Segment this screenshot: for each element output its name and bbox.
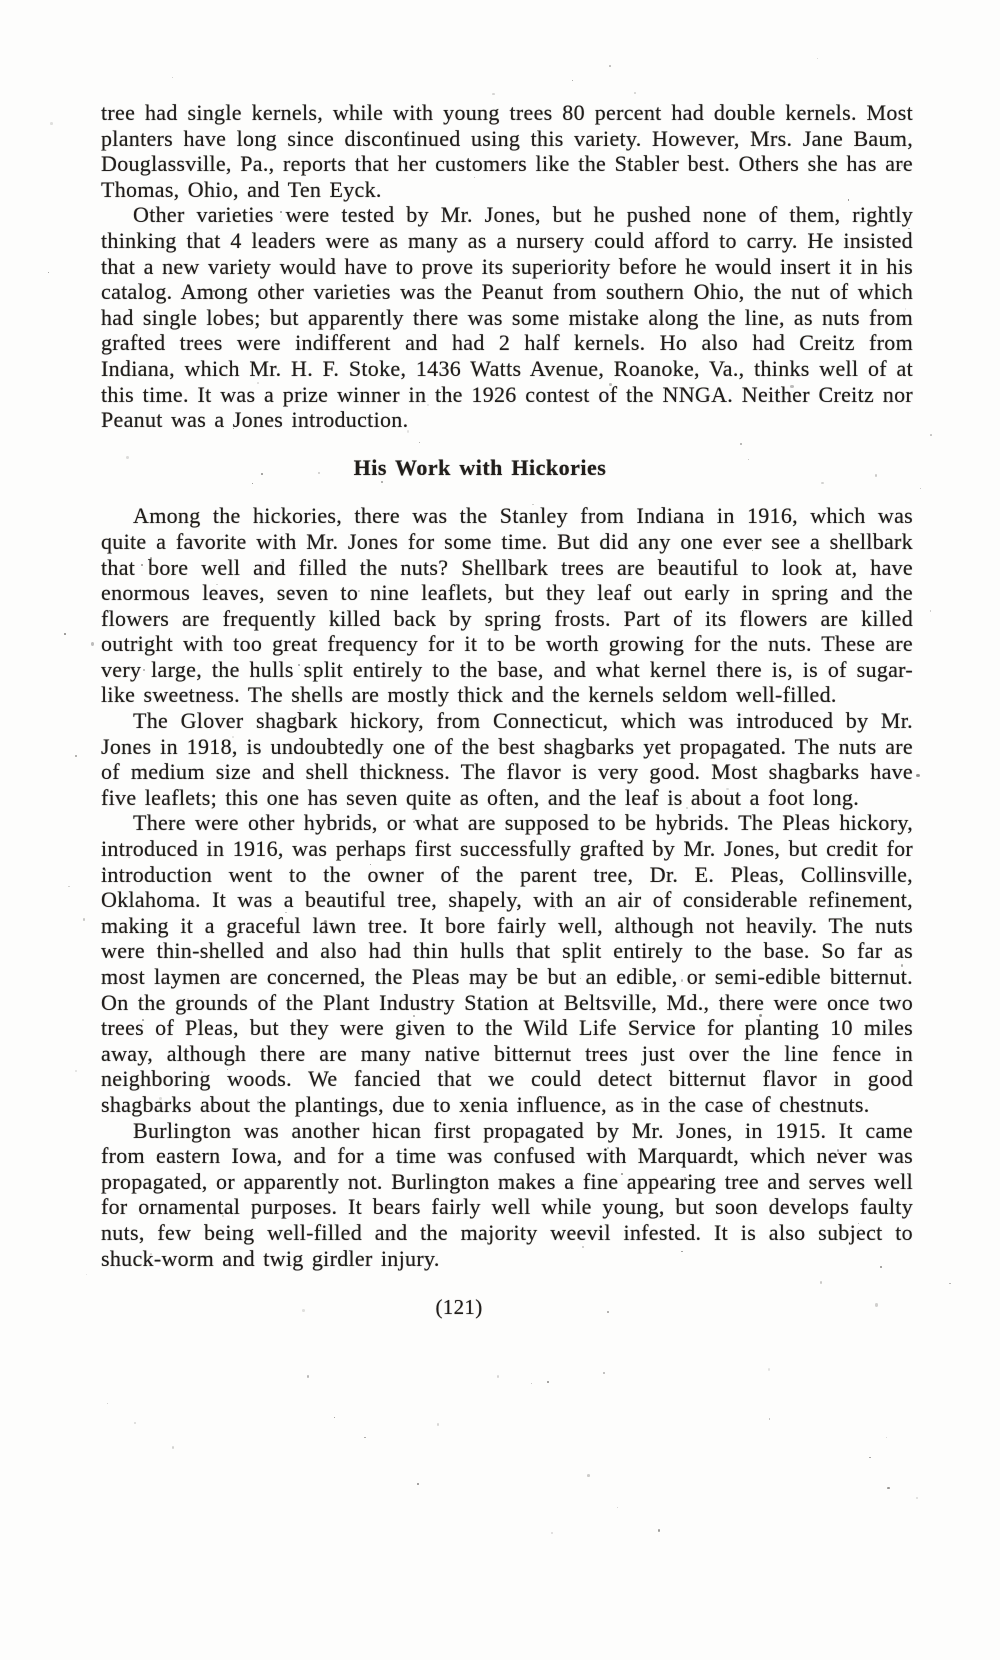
paragraph: The Glover shagbark hickory, from Connec…: [101, 708, 913, 810]
paragraph: There were other hybrids, or what are su…: [101, 810, 913, 1117]
paragraph: Among the hickories, there was the Stanl…: [101, 503, 913, 708]
paragraph-continuation: tree had single kernels, while with youn…: [101, 100, 913, 202]
scanned-book-page: tree had single kernels, while with youn…: [0, 0, 1000, 1660]
paragraph: Burlington was another hican first propa…: [101, 1118, 913, 1272]
page-number: (121): [53, 1295, 865, 1321]
paragraph: Other varieties were tested by Mr. Jones…: [101, 202, 913, 432]
text-block: tree had single kernels, while with youn…: [101, 100, 913, 1321]
section-heading: His Work with Hickories: [74, 455, 886, 481]
